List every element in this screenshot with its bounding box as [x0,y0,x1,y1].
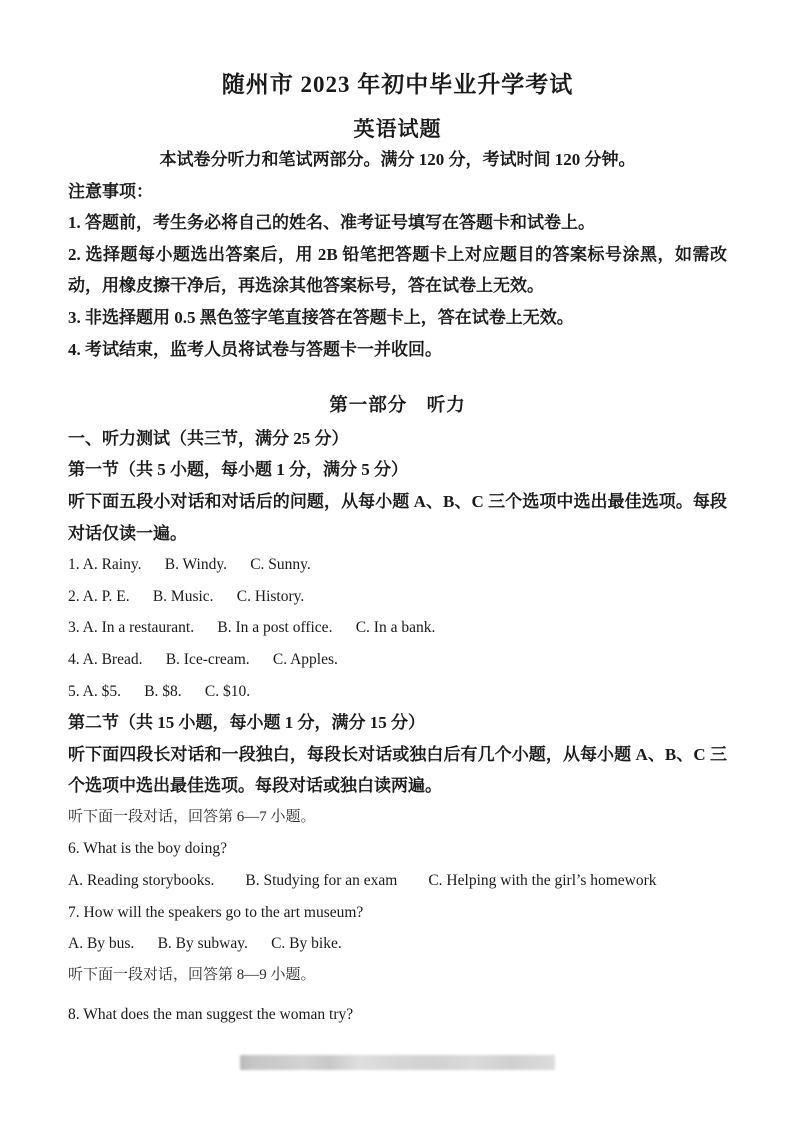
note-item-1: 1. 答题前，考生务必将自己的姓名、准考证号填写在答题卡和试卷上。 [68,207,727,239]
notes-heading: 注意事项： [68,176,727,208]
subsection2-title: 第二节（共 15 小题，每小题 1 分，满分 15 分） [68,707,727,739]
question-line-5: 5. A. $5. B. $8. C. $10. [68,676,727,708]
blurred-watermark [240,1055,555,1070]
part1-heading: 第一部分 听力 [68,391,727,423]
subsection1-title: 第一节（共 5 小题，每小题 1 分，满分 5 分） [68,454,727,486]
question-8: 8. What does the man suggest the woman t… [68,999,727,1031]
question-6-options: A. Reading storybooks. B. Studying for a… [68,865,727,897]
note-item-4: 4. 考试结束，监考人员将试卷与答题卡一并收回。 [68,334,727,366]
subsection2-instruction: 听下面四段长对话和一段独白，每段长对话或独白后有几个小题，从每小题 A、B、C … [68,739,727,802]
note-item-2: 2. 选择题每小题选出答案后，用 2B 铅笔把答题卡上对应题目的答案标号涂黑，如… [68,239,727,302]
question-7-options: A. By bus. B. By subway. C. By bike. [68,928,727,960]
page-title: 随州市 2023 年初中毕业升学考试 [68,70,727,100]
subsection1-instruction: 听下面五段小对话和对话后的问题，从每小题 A、B、C 三个选项中选出最佳选项。每… [68,486,727,549]
question-line-4: 4. A. Bread. B. Ice-cream. C. Apples. [68,644,727,676]
question-line-1: 1. A. Rainy. B. Windy. C. Sunny. [68,549,727,581]
question-6: 6. What is the boy doing? [68,833,727,865]
exam-paper-page: 随州市 2023 年初中毕业升学考试 英语试题 本试卷分听力和笔试两部分。满分 … [0,0,793,1122]
note-item-3: 3. 非选择题用 0.5 黑色签字笔直接答在答题卡上，答在试卷上无效。 [68,302,727,334]
exam-info: 本试卷分听力和笔试两部分。满分 120 分，考试时间 120 分钟。 [68,144,727,176]
dialog2-note: 听下面一段对话，回答第 8—9 小题。 [68,960,727,992]
dialog1-note: 听下面一段对话，回答第 6—7 小题。 [68,802,727,834]
question-line-3: 3. A. In a restaurant. B. In a post offi… [68,612,727,644]
page-subtitle: 英语试题 [68,114,727,144]
question-line-2: 2. A. P. E. B. Music. C. History. [68,581,727,613]
question-7: 7. How will the speakers go to the art m… [68,897,727,929]
section1-title: 一、听力测试（共三节，满分 25 分） [68,423,727,455]
page-content: 随州市 2023 年初中毕业升学考试 英语试题 本试卷分听力和笔试两部分。满分 … [0,0,793,1031]
